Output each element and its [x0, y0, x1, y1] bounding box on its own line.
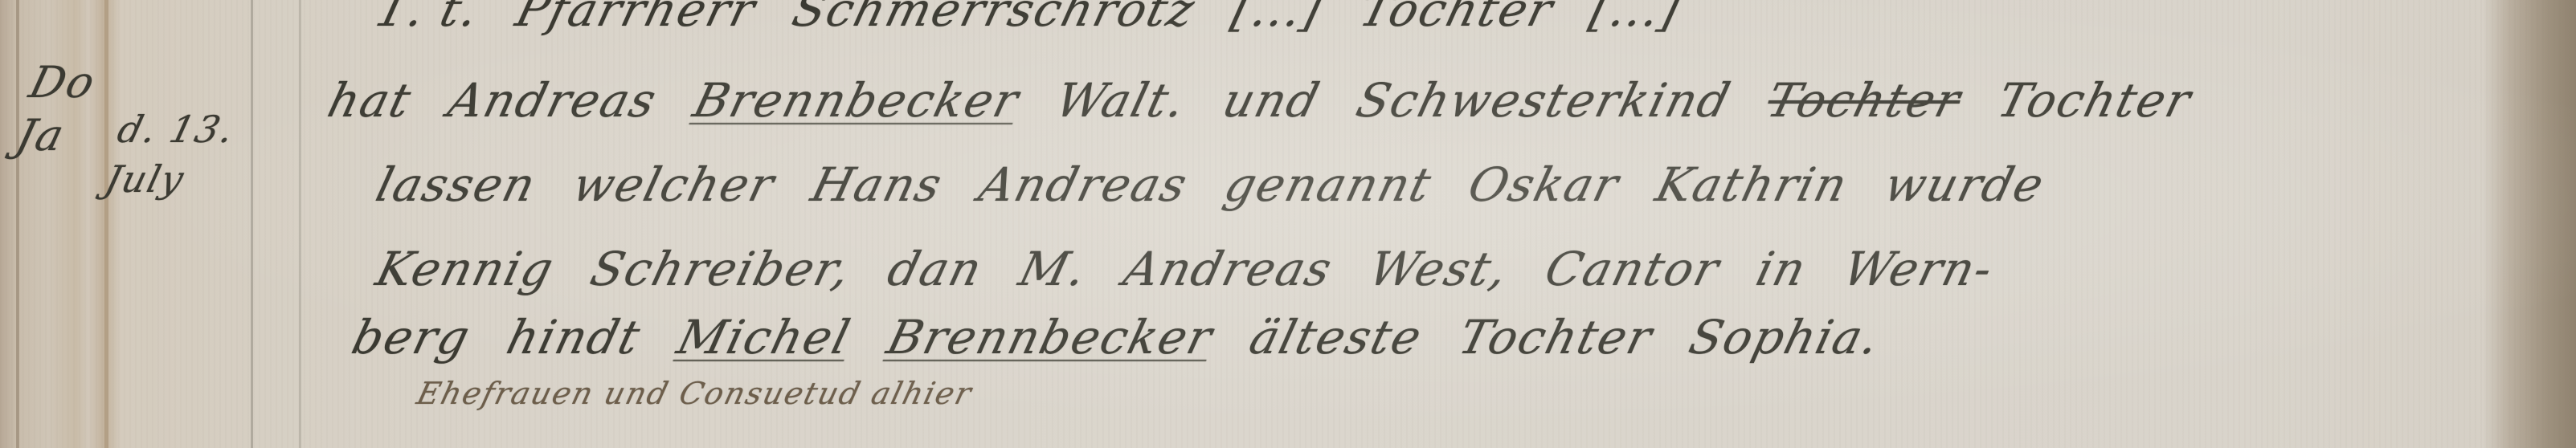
entry-date-day: d. 13.: [112, 104, 240, 154]
text-line-2: hat Andreas Brennbecker Walt. und Schwes…: [324, 76, 2219, 124]
word: Schmerrschrotz: [788, 0, 1200, 34]
word: in: [1752, 245, 1812, 293]
word: Walt.: [1051, 76, 1191, 124]
word: [...]: [1585, 0, 1687, 34]
word: Cantor: [1540, 245, 1724, 293]
word: [...]: [1227, 0, 1328, 34]
word: Hans: [807, 161, 947, 209]
word: dan: [883, 245, 987, 293]
word: Schwesterkind: [1352, 76, 1736, 124]
entry-marker: Do Ja: [11, 56, 102, 162]
margin-fold-line: [104, 0, 108, 448]
word: Andreas: [444, 76, 662, 124]
underlined-name: Michel: [673, 313, 856, 361]
entry-date: d. 13. July: [100, 104, 241, 204]
word: 1. t.: [372, 0, 485, 34]
word: Tochter: [1355, 0, 1559, 34]
bride-name: Sophia.: [1685, 313, 1886, 361]
page-edge-rule: [16, 0, 19, 448]
word: berg: [348, 313, 476, 361]
text-line-4: Kennig Schreiber, dan M. Andreas West, C…: [372, 245, 2022, 293]
word: Oskar: [1464, 161, 1625, 209]
word: Kathrin: [1651, 161, 1853, 209]
word: Wern-: [1838, 245, 1998, 293]
word: M.: [1015, 245, 1093, 293]
register-page: Do Ja d. 13. July 1. t. Pfarrherr Schmer…: [0, 0, 2576, 448]
margin-rule-line: [251, 0, 253, 448]
word: Schreiber,: [586, 245, 856, 293]
word: Tochter: [1454, 313, 1658, 361]
entry-date-month: July: [100, 154, 228, 204]
word: Pfarrherr: [511, 0, 761, 34]
underlined-surname: Brennbecker: [883, 313, 1218, 361]
word: West,: [1364, 245, 1514, 293]
struck-through-word: Tochter: [1763, 76, 1966, 124]
entry-marker-line-2: Ja: [11, 109, 88, 162]
text-line-5: berg hindt Michel Brennbecker älteste To…: [348, 313, 1908, 361]
word: lassen: [372, 161, 542, 209]
word: und: [1218, 76, 1325, 124]
word: welcher: [568, 161, 779, 209]
word: genannt: [1220, 161, 1437, 209]
underlined-surname: Brennbecker: [689, 76, 1024, 124]
annotation-note: Ehefrauen und Consuetud alhier: [414, 376, 977, 411]
text-line-1: 1. t. Pfarrherr Schmerrschrotz [...] Toc…: [372, 0, 1709, 34]
word: älteste: [1245, 313, 1427, 361]
word: wurde: [1880, 161, 2050, 209]
word: Andreas: [1119, 245, 1338, 293]
word: hat: [324, 76, 417, 124]
word: Tochter: [1993, 76, 2197, 124]
text-line-3: lassen welcher Hans Andreas genannt Oska…: [372, 161, 2072, 209]
margin-rule-line-faint: [299, 0, 301, 448]
word: hindt: [502, 313, 646, 361]
word: Andreas: [975, 161, 1193, 209]
word: Kennig: [372, 245, 559, 293]
entry-marker-line-1: Do: [24, 56, 101, 109]
